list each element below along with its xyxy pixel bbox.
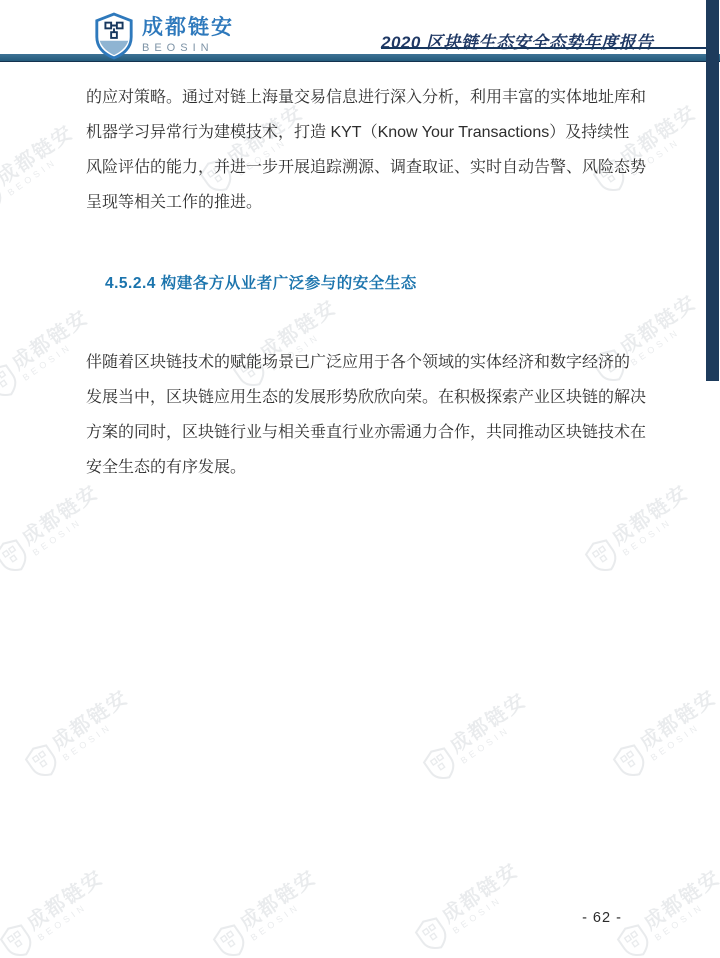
logo-name-cn: 成都链安 [142,16,234,40]
watermark-shield-icon [410,912,454,957]
right-edge-bar [706,0,719,381]
watermark-text-en: BEOSIN [459,707,537,766]
watermark-shield-icon [418,742,462,787]
watermark-text-en: BEOSIN [36,884,114,943]
watermark-shield-icon [0,174,9,219]
beosin-logo: 成都链安 BEOSIN [93,12,234,65]
watermark-shield-icon [0,534,34,579]
watermark-text-en: BEOSIN [61,704,139,763]
watermark-text-cn: 成都链安 [19,482,103,550]
watermark-shield-icon [580,534,624,579]
report-page: 成都链安BEOSIN成都链安BEOSIN成都链安BEOSIN成都链安BEOSIN… [0,0,720,958]
watermark-shield-icon [608,739,652,784]
watermark-text-en: BEOSIN [621,499,699,558]
shield-logo-icon [93,12,135,65]
watermark: 成都链安BEOSIN [410,859,529,957]
watermark-text-en: BEOSIN [249,884,327,943]
watermark-text-cn: 成都链安 [0,122,78,190]
watermark-text-en: BEOSIN [649,704,720,763]
paragraph-1: 的应对策略。通过对链上海量交易信息进行深入分析，利用丰富的实体地址库和 机器学习… [86,80,646,220]
watermark-text-cn: 成都链安 [9,307,93,375]
title-underline [381,47,717,49]
watermark-text-en: BEOSIN [451,877,529,936]
watermark-text-en: BEOSIN [6,139,84,198]
paragraph-line: 方案的同时，区块链行业与相关垂直行业亦需通力合作，共同推动区块链技术在 [86,415,646,450]
watermark-text-cn: 成都链安 [49,687,133,755]
paragraph-line: 发展当中，区块链应用生态的发展形势欣欣向荣。在积极探索产业区块链的解决 [86,380,646,415]
watermark: 成都链安BEOSIN [580,481,699,579]
watermark-shield-icon [0,919,39,958]
watermark-shield-icon [208,919,252,958]
watermark-text-cn: 成都链安 [641,867,720,935]
report-header-title: 2020 区块链生态安全态势年度报告 [381,28,654,53]
watermark: 成都链安BEOSIN [418,689,537,787]
paragraph-line: 机器学习异常行为建模技术，打造 KYT（Know Your Transactio… [86,115,646,150]
paragraph-line: 呈现等相关工作的推进。 [86,185,646,220]
watermark-text-cn: 成都链安 [237,867,321,935]
logo-text: 成都链安 BEOSIN [142,12,234,55]
watermark-text-en: BEOSIN [653,884,720,943]
watermark-text-cn: 成都链安 [609,482,693,550]
watermark-shield-icon [0,359,24,404]
watermark-text-cn: 成都链安 [637,687,720,755]
watermark-text-cn: 成都链安 [24,867,108,935]
paragraph-line: 伴随着区块链技术的赋能场景已广泛应用于各个领域的实体经济和数字经济的 [86,345,646,380]
watermark: 成都链安BEOSIN [0,121,85,219]
watermark-text-cn: 成都链安 [439,860,523,928]
watermark: 成都链安BEOSIN [0,481,110,579]
paragraph-line: 安全生态的有序发展。 [86,450,646,485]
paragraph-line: 的应对策略。通过对链上海量交易信息进行深入分析，利用丰富的实体地址库和 [86,80,646,115]
paragraph-2: 伴随着区块链技术的赋能场景已广泛应用于各个领域的实体经济和数字经济的 发展当中，… [86,345,646,485]
watermark: 成都链安BEOSIN [0,306,100,404]
watermark-text-en: BEOSIN [31,499,109,558]
page-number: - 62 - [566,910,638,926]
watermark: 成都链安BEOSIN [208,866,327,958]
watermark: 成都链安BEOSIN [608,686,720,784]
watermark-shield-icon [20,739,64,784]
section-heading: 4.5.2.4 构建各方从业者广泛参与的安全生态 [105,271,417,293]
watermark: 成都链安BEOSIN [20,686,139,784]
watermark-text-cn: 成都链安 [447,690,531,758]
logo-name-en: BEOSIN [142,41,234,55]
watermark: 成都链安BEOSIN [0,866,115,958]
paragraph-line: 风险评估的能力，并进一步开展追踪溯源、调查取证、实时自动告警、风险态势 [86,150,646,185]
